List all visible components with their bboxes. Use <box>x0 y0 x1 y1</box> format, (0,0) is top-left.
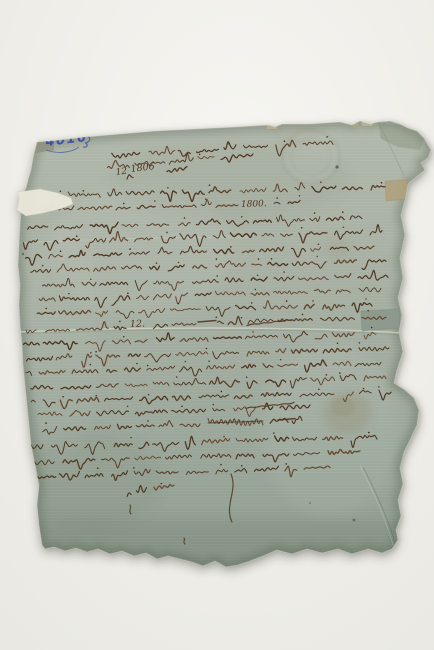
handwriting-dot <box>273 432 275 434</box>
handwriting-dot <box>176 376 178 378</box>
handwriting-dot <box>167 187 169 189</box>
handwriting-dot <box>302 314 304 316</box>
stain-speck <box>365 298 367 300</box>
handwriting-dot <box>83 190 85 192</box>
handwriting-dot <box>299 195 301 197</box>
handwriting-dot <box>339 372 341 374</box>
handwriting-dot <box>178 262 180 264</box>
handwriting-dot <box>127 406 129 408</box>
handwriting-dot <box>251 302 253 304</box>
handwriting-dot <box>166 232 168 234</box>
handwriting-dot <box>337 343 339 345</box>
handwriting-dot <box>90 352 92 354</box>
handwriting-dot <box>317 256 319 258</box>
handwriting-dot <box>42 265 44 267</box>
handwriting-dot <box>127 292 129 294</box>
handwriting-dot <box>271 258 273 260</box>
handwriting-dot <box>221 391 223 393</box>
handwriting-dot <box>257 275 259 277</box>
handwriting-dot <box>326 136 328 138</box>
handwriting-dot <box>318 389 320 391</box>
handwriting-dot <box>185 361 187 363</box>
stain-speck <box>22 253 24 255</box>
handwriting-dot <box>255 289 257 291</box>
handwriting-dot <box>276 197 278 199</box>
handwriting-dot <box>241 317 243 319</box>
handwriting-dot <box>326 374 328 376</box>
handwriting-dot <box>147 420 149 422</box>
handwriting-dot <box>62 396 64 398</box>
handwriting-dot <box>161 483 163 485</box>
handwriting-dot <box>312 300 314 302</box>
handwriting-dot <box>216 258 218 260</box>
handwriting-dot <box>123 336 125 338</box>
stain-blob-core <box>331 397 355 417</box>
handwriting-dot <box>301 227 303 229</box>
handwriting-dot <box>95 351 97 353</box>
handwriting-dot <box>216 275 218 277</box>
handwriting-dot <box>258 258 260 260</box>
handwriting-dot <box>129 248 131 250</box>
handwriting-dot <box>367 310 369 312</box>
handwriting-dot <box>381 182 383 184</box>
paper-sheet: 12 1806 1800. 12. 4016 <box>0 110 434 580</box>
handwriting-dot <box>283 271 285 273</box>
manuscript-photo: 12 1806 1800. 12. 4016 <box>0 0 434 650</box>
handwriting-dot <box>177 303 179 305</box>
handwriting-dot <box>90 279 92 281</box>
handwriting-dot <box>223 436 225 438</box>
handwriting-dot <box>241 216 243 218</box>
handwriting-dot <box>209 184 211 186</box>
handwriting-dot <box>284 141 286 143</box>
handwriting-dot <box>206 348 208 350</box>
stain-speck <box>353 519 356 522</box>
handwriting-dot <box>156 262 158 264</box>
handwriting-dot <box>342 211 344 213</box>
handwriting-dot <box>95 395 97 397</box>
stain-speck <box>309 502 311 504</box>
handwriting-dot <box>68 293 70 295</box>
handwriting-dot <box>318 244 320 246</box>
handwriting-dot <box>241 465 243 467</box>
handwriting-dot <box>60 250 62 252</box>
handwriting-dot <box>76 235 78 237</box>
handwriting-dot <box>148 394 150 396</box>
handwriting-dot <box>213 404 215 406</box>
handwriting-dot <box>199 154 201 156</box>
handwriting-dot <box>230 246 232 248</box>
handwriting-dot <box>216 317 218 319</box>
handwriting-dot <box>133 467 135 469</box>
handwriting-dot <box>359 342 361 344</box>
handwriting-dot <box>136 363 138 365</box>
handwriting-dot <box>45 308 47 310</box>
handwriting-dot <box>343 227 345 229</box>
header-day-number: 12 <box>115 167 128 178</box>
tape-patch-right-top <box>385 180 408 201</box>
handwriting-dot <box>246 376 248 378</box>
handwriting-dot <box>147 365 149 367</box>
handwriting-dot <box>320 181 322 183</box>
handwriting-dot <box>208 360 210 362</box>
handwriting-dot <box>205 198 207 200</box>
handwriting-dot <box>154 200 156 202</box>
photo-backdrop: 12 1806 1800. 12. 4016 <box>0 0 434 650</box>
handwriting-dot <box>314 212 316 214</box>
tape-patch-right-middle <box>361 309 400 331</box>
body-year-number: 1800. <box>241 199 267 210</box>
handwriting-dot <box>181 406 183 408</box>
handwriting-dot <box>119 321 121 323</box>
handwriting-dot <box>377 226 379 228</box>
handwriting-dot <box>45 422 47 424</box>
handwriting-dot <box>60 191 62 193</box>
handwriting-dot <box>368 432 370 434</box>
handwriting-dot <box>90 364 92 366</box>
handwriting-dot <box>252 331 254 333</box>
handwriting-dot <box>130 437 132 439</box>
handwriting-dot <box>285 463 287 465</box>
handwriting-dot <box>228 143 230 145</box>
handwriting-dot <box>280 359 282 361</box>
body-line-number: 12. <box>130 318 145 330</box>
handwriting-dot <box>378 386 380 388</box>
handwriting-dot <box>123 203 125 205</box>
handwriting-dot <box>363 388 365 390</box>
handwriting-dot <box>371 327 373 329</box>
handwriting-dot <box>220 464 222 466</box>
handwriting-dot <box>184 217 186 219</box>
handwriting-dot <box>97 467 99 469</box>
handwriting-dot <box>286 300 288 302</box>
stain-speck <box>335 165 338 168</box>
